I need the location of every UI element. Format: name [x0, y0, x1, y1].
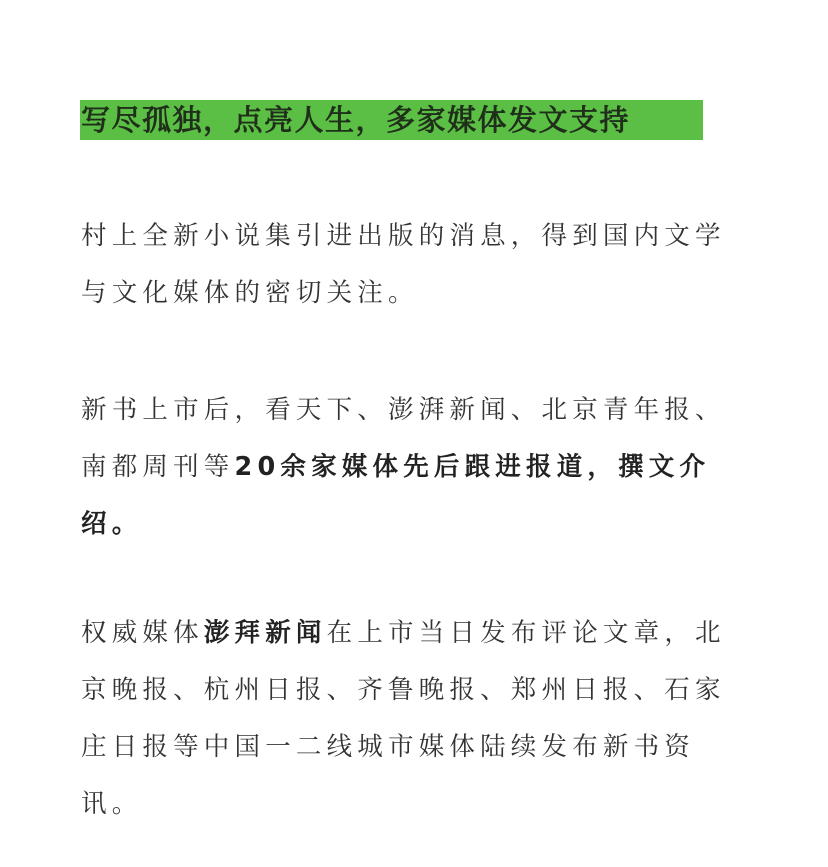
article-heading: 写尽孤独，点亮人生，多家媒体发文支持: [80, 100, 703, 140]
paragraph-text: 村上全新小说集引进出版的消息，得到国内文学与文化媒体的密切关注。: [81, 221, 726, 308]
paragraph-media-coverage: 新书上市后，看天下、澎湃新闻、北京青年报、南都周刊等20余家媒体先后跟进报道，撰…: [81, 382, 751, 553]
paragraph-text: 在上市当日发布评论文章，北京晚报、杭州日报、齐鲁晚报、郑州日报、石家庄日报等中国…: [81, 618, 726, 819]
paragraph-text: 权威媒体: [81, 618, 204, 648]
paragraph-authoritative-media: 权威媒体澎拜新闻在上市当日发布评论文章，北京晚报、杭州日报、齐鲁晚报、郑州日报、…: [81, 605, 751, 833]
paragraph-media-attention: 村上全新小说集引进出版的消息，得到国内文学与文化媒体的密切关注。: [81, 208, 751, 322]
heading-text: 写尽孤独，点亮人生，多家媒体发文支持: [81, 103, 630, 137]
paragraph-bold-text: 澎拜新闻: [204, 618, 327, 648]
